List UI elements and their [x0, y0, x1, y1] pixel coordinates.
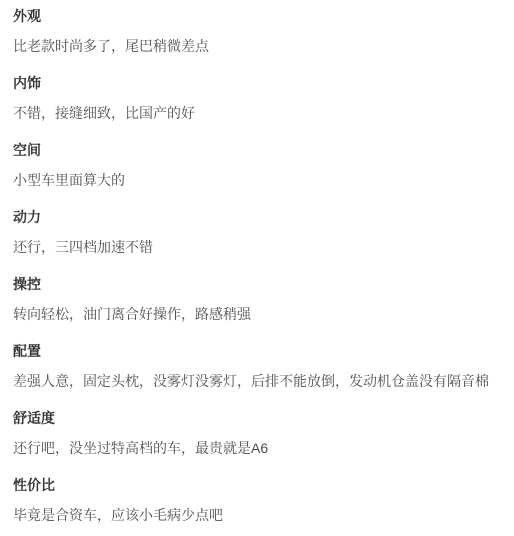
section-title: 操控: [13, 277, 501, 291]
section-title: 空间: [13, 143, 501, 157]
review-section-power: 动力 还行，三四档加速不错: [13, 210, 501, 254]
car-review-summary: 外观 比老款时尚多了，尾巴稍微差点 内饰 不错，接缝细致，比国产的好 空间 小型…: [13, 9, 501, 522]
section-comment: 还行吧，没坐过特高档的车，最贵就是A6: [13, 441, 501, 455]
review-section-value: 性价比 毕竟是合资车，应该小毛病少点吧: [13, 478, 501, 522]
section-comment: 还行，三四档加速不错: [13, 240, 501, 254]
section-title: 舒适度: [13, 411, 501, 425]
section-comment: 不错，接缝细致，比国产的好: [13, 106, 501, 120]
section-comment: 比老款时尚多了，尾巴稍微差点: [13, 39, 501, 53]
review-section-interior: 内饰 不错，接缝细致，比国产的好: [13, 76, 501, 120]
section-comment: 毕竟是合资车，应该小毛病少点吧: [13, 508, 501, 522]
section-comment: 小型车里面算大的: [13, 173, 501, 187]
review-section-comfort: 舒适度 还行吧，没坐过特高档的车，最贵就是A6: [13, 411, 501, 455]
section-title: 内饰: [13, 76, 501, 90]
review-section-space: 空间 小型车里面算大的: [13, 143, 501, 187]
review-section-exterior: 外观 比老款时尚多了，尾巴稍微差点: [13, 9, 501, 53]
review-section-handling: 操控 转向轻松，油门离合好操作，路感稍强: [13, 277, 501, 321]
review-section-configuration: 配置 差强人意，固定头枕，没雾灯没雾灯，后排不能放倒，发动机仓盖没有隔音棉: [13, 344, 501, 388]
section-comment: 差强人意，固定头枕，没雾灯没雾灯，后排不能放倒，发动机仓盖没有隔音棉: [13, 374, 501, 388]
section-title: 动力: [13, 210, 501, 224]
section-title: 性价比: [13, 478, 501, 492]
section-comment: 转向轻松，油门离合好操作，路感稍强: [13, 307, 501, 321]
section-title: 配置: [13, 344, 501, 358]
section-title: 外观: [13, 9, 501, 23]
